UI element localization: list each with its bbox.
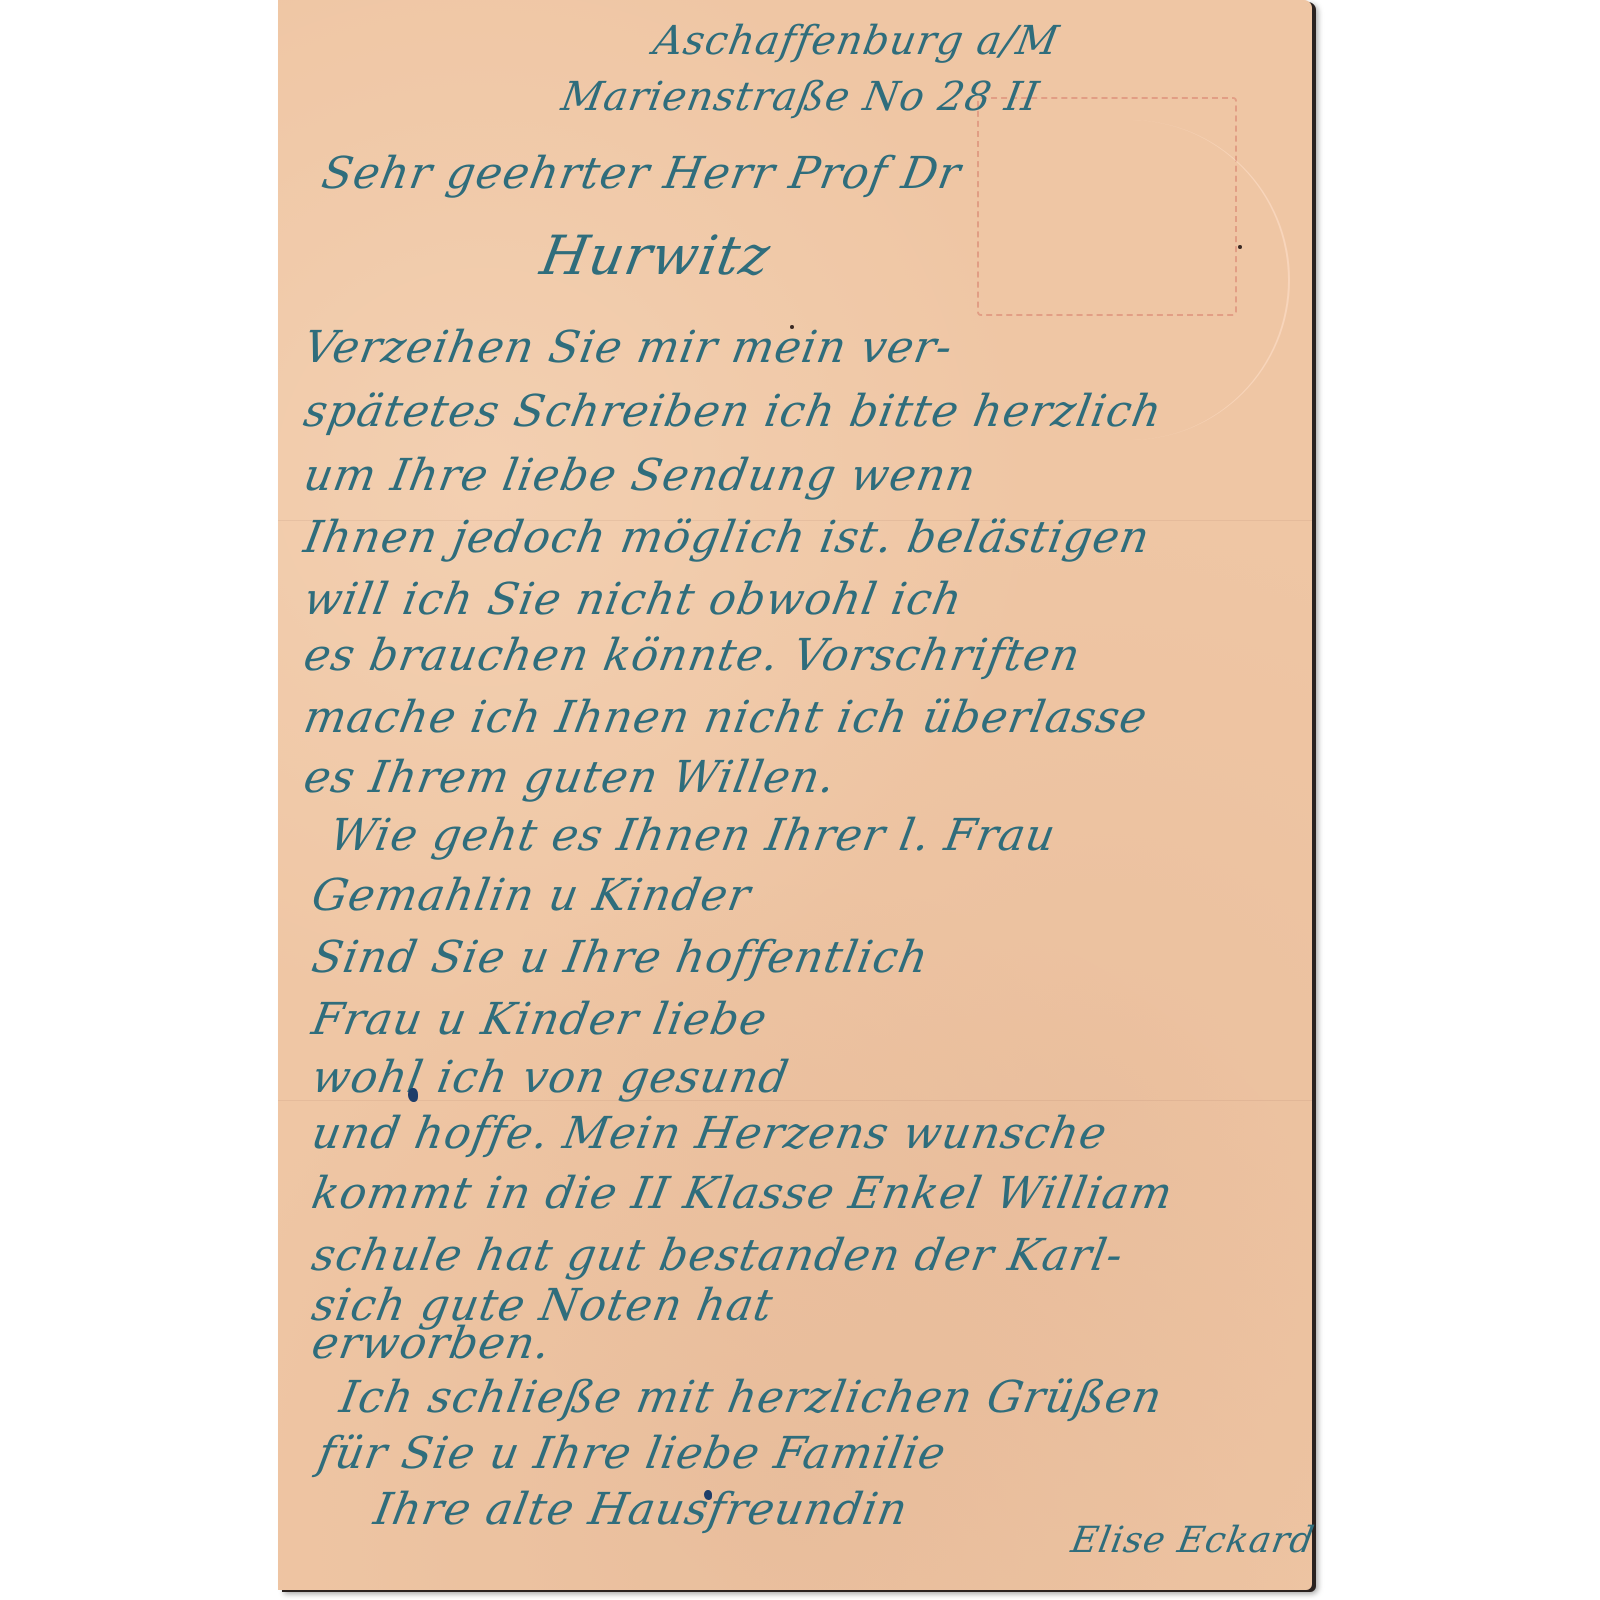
body-line: wohl ich von gesund: [308, 1052, 793, 1103]
signature: Elise Eckard: [1068, 1520, 1318, 1561]
body-line: erworben.: [308, 1318, 555, 1369]
header-address: Marienstraße No 28 II: [558, 74, 1043, 120]
body-line: kommt in die II Klasse Enkel William: [308, 1168, 1177, 1219]
addressee-name: Hurwitz: [536, 224, 775, 287]
paper-speck: [790, 325, 794, 329]
body-line: Ihnen jedoch möglich ist. belästigen: [300, 512, 1154, 563]
paper-speck: [1238, 245, 1242, 249]
body-line: Gemahlin u Kinder: [308, 870, 755, 921]
body-line: Verzeihen Sie mir mein ver-: [300, 322, 957, 373]
closing: Ihre alte Hausfreundin: [370, 1484, 912, 1535]
body-line: schule hat gut bestanden der Karl-: [308, 1230, 1127, 1281]
body-line: mache ich Ihnen nicht ich überlasse: [300, 692, 1152, 743]
body-line: Frau u Kinder liebe: [308, 994, 771, 1045]
body-line: es Ihrem guten Willen.: [300, 752, 840, 803]
body-line: Sind Sie u Ihre hoffentlich: [308, 932, 933, 983]
ink-blot: [704, 1490, 712, 1500]
header-place: Aschaffenburg a/M: [650, 18, 1063, 64]
salutation: Sehr geehrter Herr Prof Dr: [318, 148, 965, 199]
body-line: es brauchen könnte. Vorschriften: [300, 630, 1085, 681]
body-line: und hoffe. Mein Herzens wunsche: [308, 1108, 1111, 1159]
body-line: für Sie u Ihre liebe Familie: [314, 1428, 950, 1479]
body-line: Wie geht es Ihnen Ihrer l. Frau: [326, 810, 1060, 861]
body-line: will ich Sie nicht obwohl ich: [300, 574, 966, 625]
body-line: um Ihre liebe Sendung wenn: [300, 450, 980, 501]
body-line: Ich schließe mit herzlichen Grüßen: [336, 1372, 1166, 1423]
body-line: spätetes Schreiben ich bitte herzlich: [300, 386, 1166, 437]
postcard: Aschaffenburg a/M Marienstraße No 28 II …: [278, 0, 1312, 1590]
ink-blot: [408, 1088, 418, 1102]
